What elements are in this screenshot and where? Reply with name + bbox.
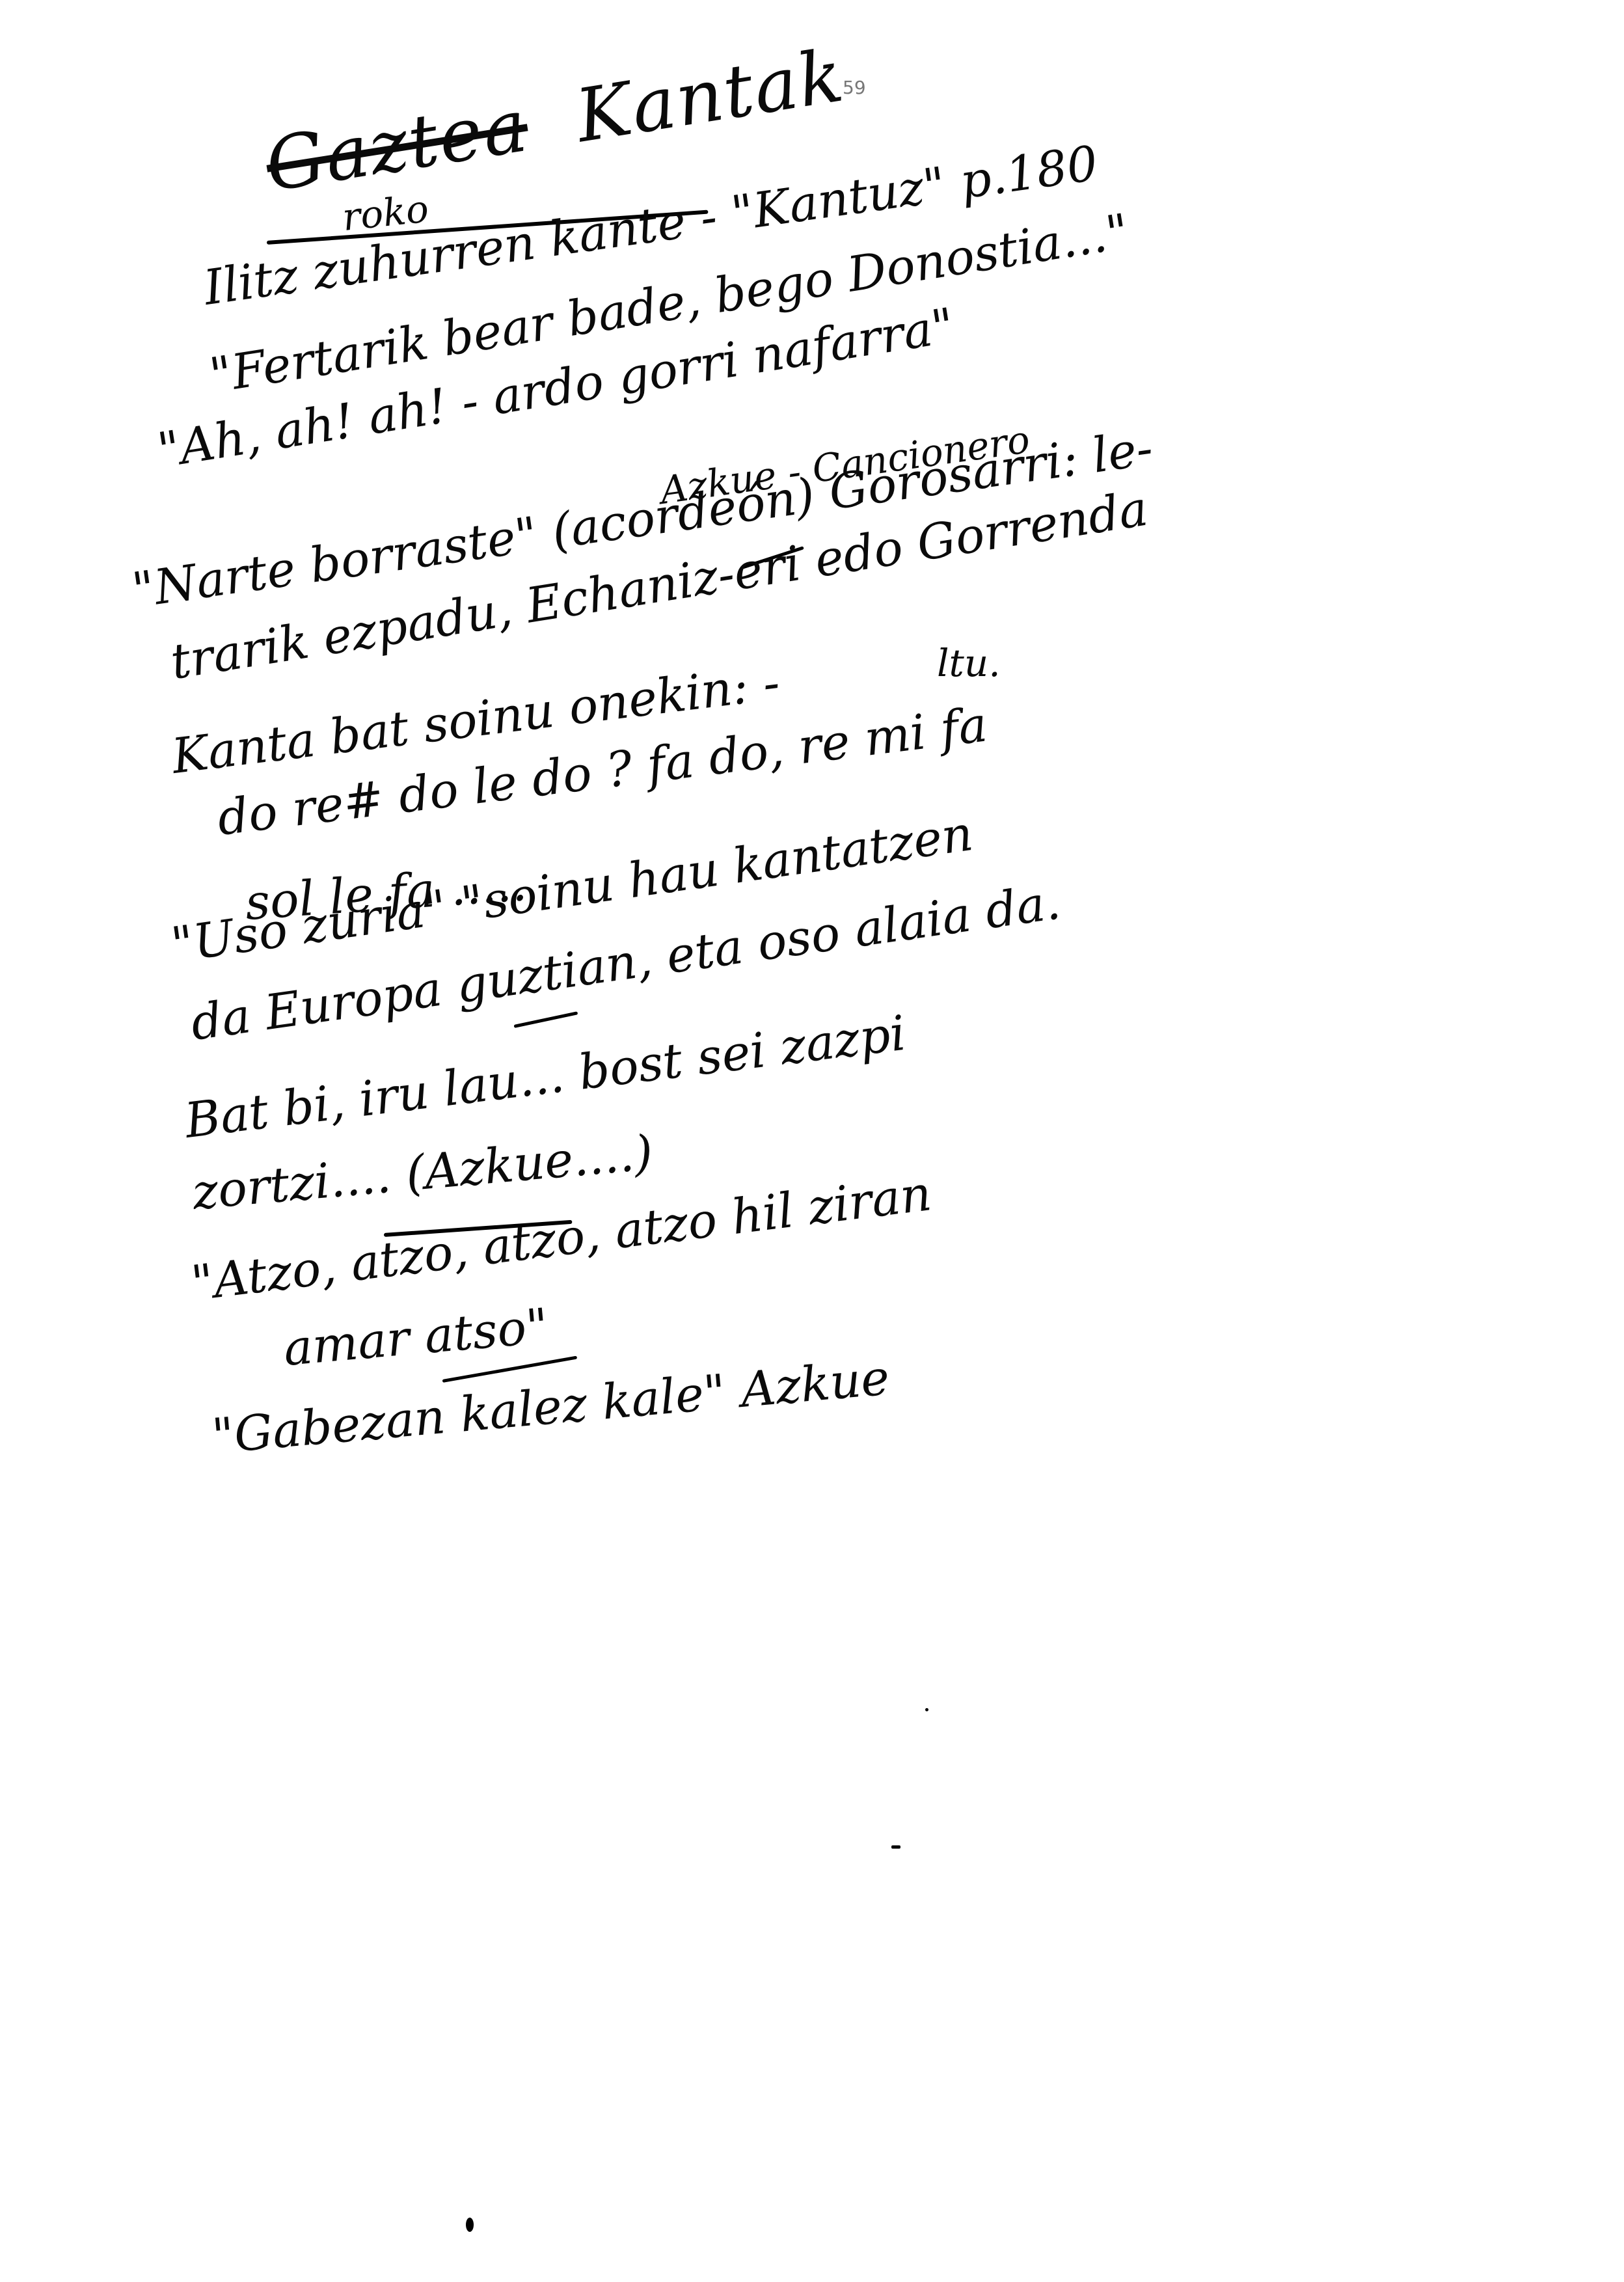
underline-guztian [513, 1011, 578, 1028]
note-line-12: amar atso" [282, 1298, 551, 1377]
scan-speck [925, 1708, 928, 1711]
manuscript-page: 59 Gaztea Kantak roko Ilitz zuhurren kan… [0, 0, 1624, 2282]
scan-speck [891, 1845, 900, 1849]
title-main: Kantak [571, 33, 850, 159]
note-line-5b: ltu. [937, 641, 1001, 685]
scan-dot [466, 2218, 474, 2232]
